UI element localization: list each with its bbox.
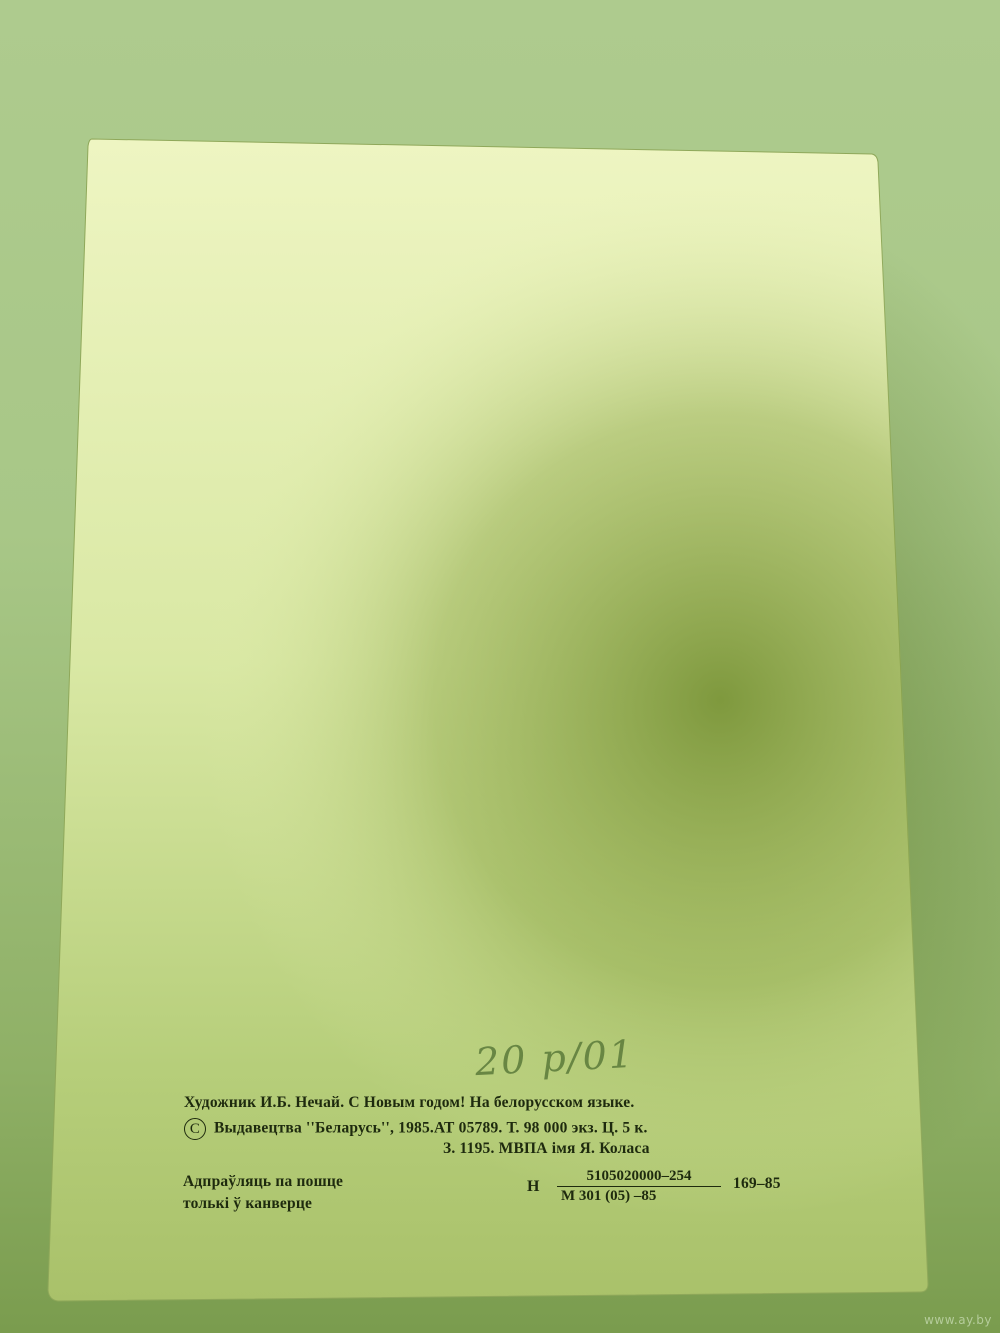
handwritten-price-note: 20 р/01 xyxy=(474,1032,636,1084)
catalog-code-prefix: Н xyxy=(527,1178,540,1196)
catalog-code-fraction: 5105020000–254 М 301 (05) –85 xyxy=(557,1168,721,1205)
site-watermark: www.ay.by xyxy=(924,1313,992,1327)
catalog-code-denominator: М 301 (05) –85 xyxy=(557,1187,721,1205)
mailing-note-line1: Адпраўляць па пошце xyxy=(183,1173,343,1191)
mailing-note-line2: толькі ў канверце xyxy=(183,1195,312,1213)
imprint-publisher-line: CВыдавецтва ''Беларусь'', 1985.АТ 05789.… xyxy=(184,1118,648,1140)
imprint-artist-line: Художник И.Б. Нечай. С Новым годом! На б… xyxy=(184,1094,634,1112)
imprint-publisher-text: Выдавецтва ''Беларусь'', 1985.АТ 05789. … xyxy=(214,1120,648,1137)
postcard: 20 р/01 Художник И.Б. Нечай. С Новым год… xyxy=(0,0,1000,1333)
copyright-icon: C xyxy=(184,1118,206,1140)
imprint-printer-line: З. 1195. МВПА імя Я. Коласа xyxy=(443,1140,650,1158)
catalog-code-numerator: 5105020000–254 xyxy=(557,1168,721,1187)
catalog-code-suffix: 169–85 xyxy=(733,1175,781,1193)
